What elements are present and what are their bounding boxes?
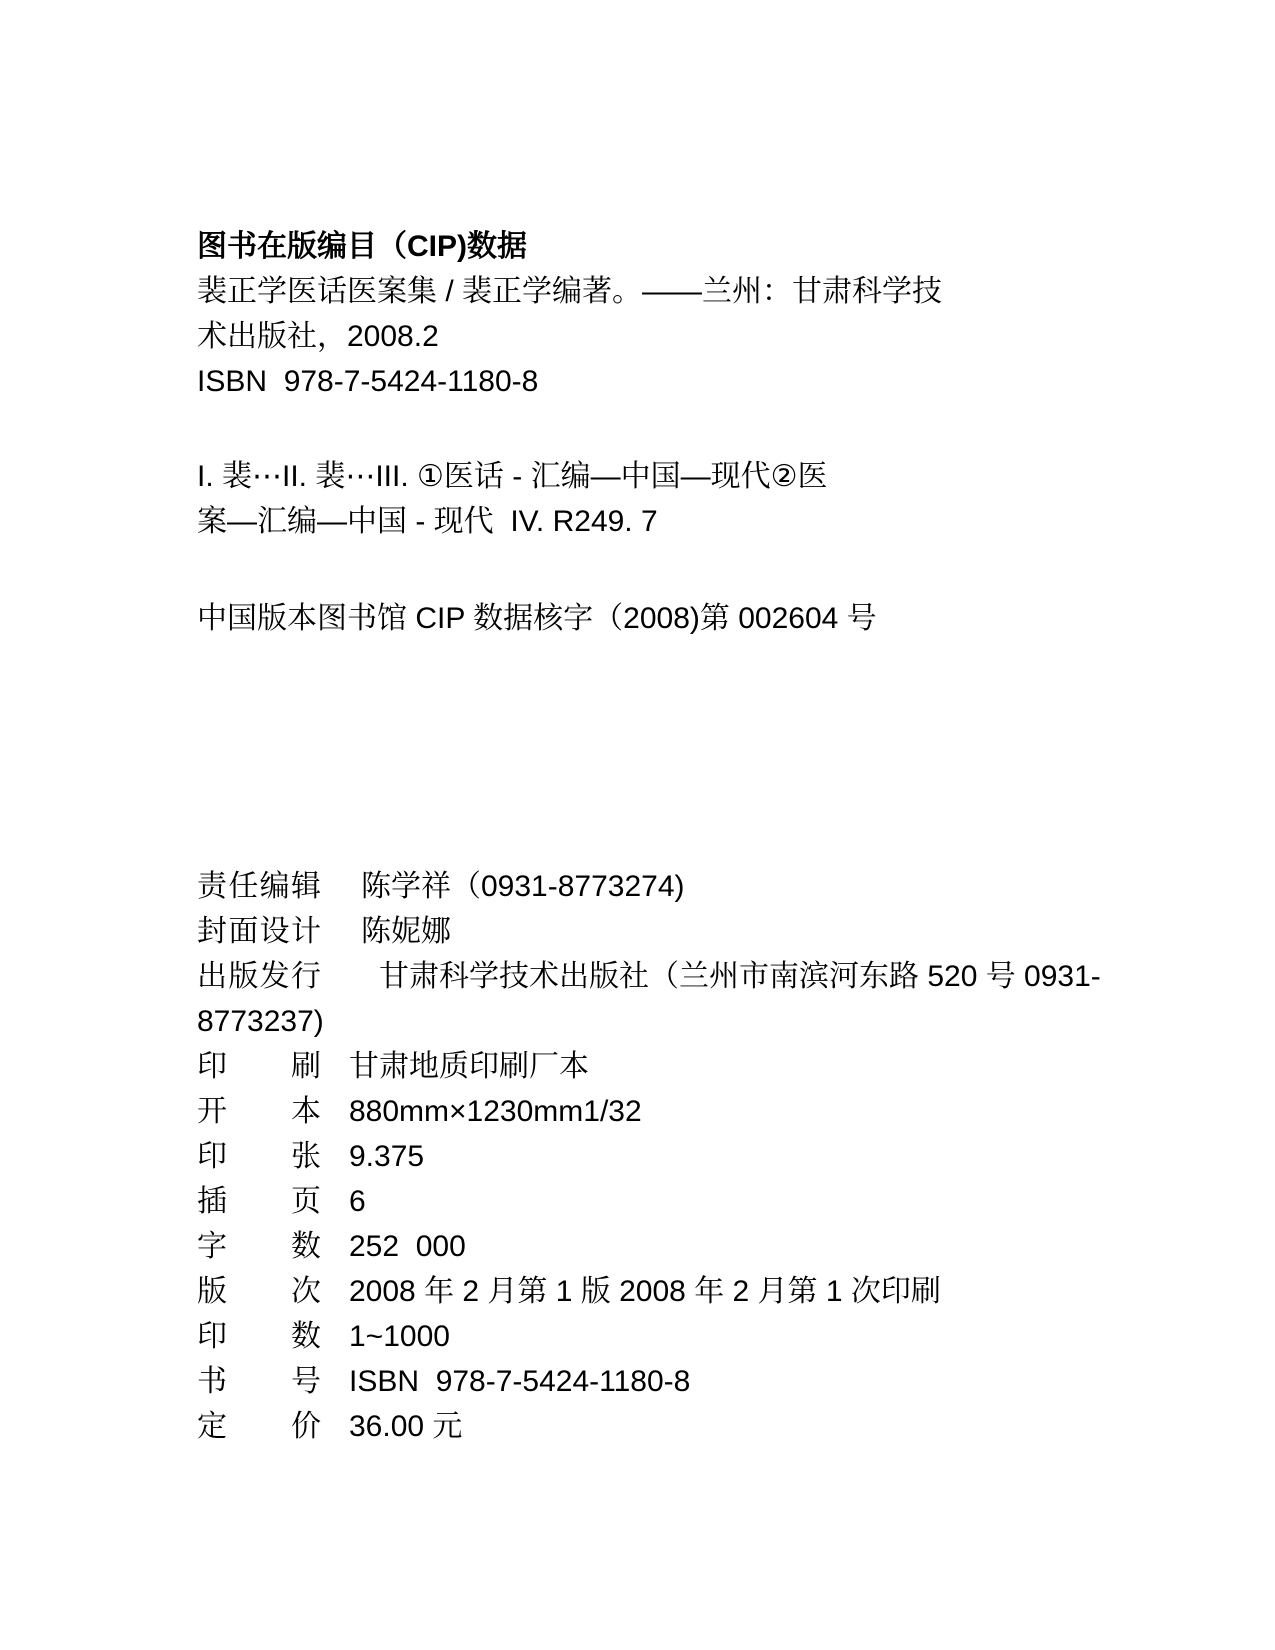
colophon-block: 责任编辑 陈学祥（0931-8773274) 封面设计 陈妮娜 出版发行 甘肃科… <box>197 864 1197 1449</box>
row-label: 责任编辑 <box>197 864 321 909</box>
colophon-row-publisher: 出版发行 甘肃科学技术出版社（兰州市南滨河东路 520 号 0931- <box>197 954 1197 999</box>
colophon-row-inserts: 插页 6 <box>197 1179 1197 1224</box>
colophon-row-isbn: 书号 ISBN 978-7-5424-1180-8 <box>197 1359 1197 1404</box>
colophon-row-format: 开本 880mm×1230mm1/32 <box>197 1089 1197 1134</box>
row-label: 版次 <box>197 1269 321 1314</box>
row-label: 开本 <box>197 1089 321 1134</box>
cip-classification-line: 案—汇编—中国 - 现代 IV. R249. 7 <box>197 499 1157 544</box>
cip-heading: 图书在版编目（CIP)数据 <box>197 224 1157 269</box>
cip-classification-line: I. 裴⋯II. 裴⋯III. ①医话 - 汇编—中国—现代②医 <box>197 454 1157 499</box>
row-value: 陈妮娜 <box>361 909 451 954</box>
row-value: 6 <box>349 1179 366 1224</box>
colophon-row-price: 定价 36.00 元 <box>197 1404 1197 1449</box>
copyright-page: 图书在版编目（CIP)数据 裴正学医话医案集 / 裴正学编著。——兰州：甘肃科学… <box>0 0 1275 1650</box>
colophon-row-cover-design: 封面设计 陈妮娜 <box>197 909 1197 954</box>
row-value: 甘肃科学技术出版社（兰州市南滨河东路 520 号 0931- <box>379 954 1101 999</box>
cip-title-line: 术出版社，2008.2 <box>197 314 1157 359</box>
colophon-row-sheets: 印张 9.375 <box>197 1134 1197 1179</box>
cip-record-number-line: 中国版本图书馆 CIP 数据核字（2008)第 002604 号 <box>197 596 1157 641</box>
row-label: 印刷 <box>197 1044 321 1089</box>
cip-title-group: 裴正学医话医案集 / 裴正学编著。——兰州：甘肃科学技 术出版社，2008.2 … <box>197 269 1157 404</box>
row-label: 印数 <box>197 1314 321 1359</box>
colophon-row-printer: 印刷 甘肃地质印刷厂本 <box>197 1044 1197 1089</box>
colophon-row-word-count: 字数 252 000 <box>197 1224 1197 1269</box>
row-label: 字数 <box>197 1224 321 1269</box>
colophon-row-print-run: 印数 1~1000 <box>197 1314 1197 1359</box>
row-value: 880mm×1230mm1/32 <box>349 1089 642 1134</box>
row-label: 封面设计 <box>197 909 321 954</box>
row-label: 出版发行 <box>197 954 321 999</box>
row-value: 9.375 <box>349 1134 424 1179</box>
row-label: 印张 <box>197 1134 321 1179</box>
cip-title-line: 裴正学医话医案集 / 裴正学编著。——兰州：甘肃科学技 <box>197 269 1157 314</box>
row-label: 书号 <box>197 1359 321 1404</box>
row-value: 1~1000 <box>349 1314 450 1359</box>
row-value: 甘肃地质印刷厂本 <box>349 1044 589 1089</box>
cip-data-block: 图书在版编目（CIP)数据 裴正学医话医案集 / 裴正学编著。——兰州：甘肃科学… <box>197 224 1157 641</box>
colophon-row-edition: 版次 2008 年 2 月第 1 版 2008 年 2 月第 1 次印刷 <box>197 1269 1197 1314</box>
row-value: 陈学祥（0931-8773274) <box>361 864 685 909</box>
cip-classification-group: I. 裴⋯II. 裴⋯III. ①医话 - 汇编—中国—现代②医 案—汇编—中国… <box>197 454 1157 544</box>
row-value: 36.00 元 <box>349 1404 462 1449</box>
row-label: 插页 <box>197 1179 321 1224</box>
colophon-row-editor: 责任编辑 陈学祥（0931-8773274) <box>197 864 1197 909</box>
row-value: 252 000 <box>349 1224 466 1269</box>
cip-isbn-line: ISBN 978-7-5424-1180-8 <box>197 359 1157 404</box>
row-value: 2008 年 2 月第 1 版 2008 年 2 月第 1 次印刷 <box>349 1269 941 1314</box>
row-value: ISBN 978-7-5424-1180-8 <box>349 1359 690 1404</box>
row-label: 定价 <box>197 1404 321 1449</box>
colophon-row-publisher-continuation: 8773237) <box>197 999 1197 1044</box>
